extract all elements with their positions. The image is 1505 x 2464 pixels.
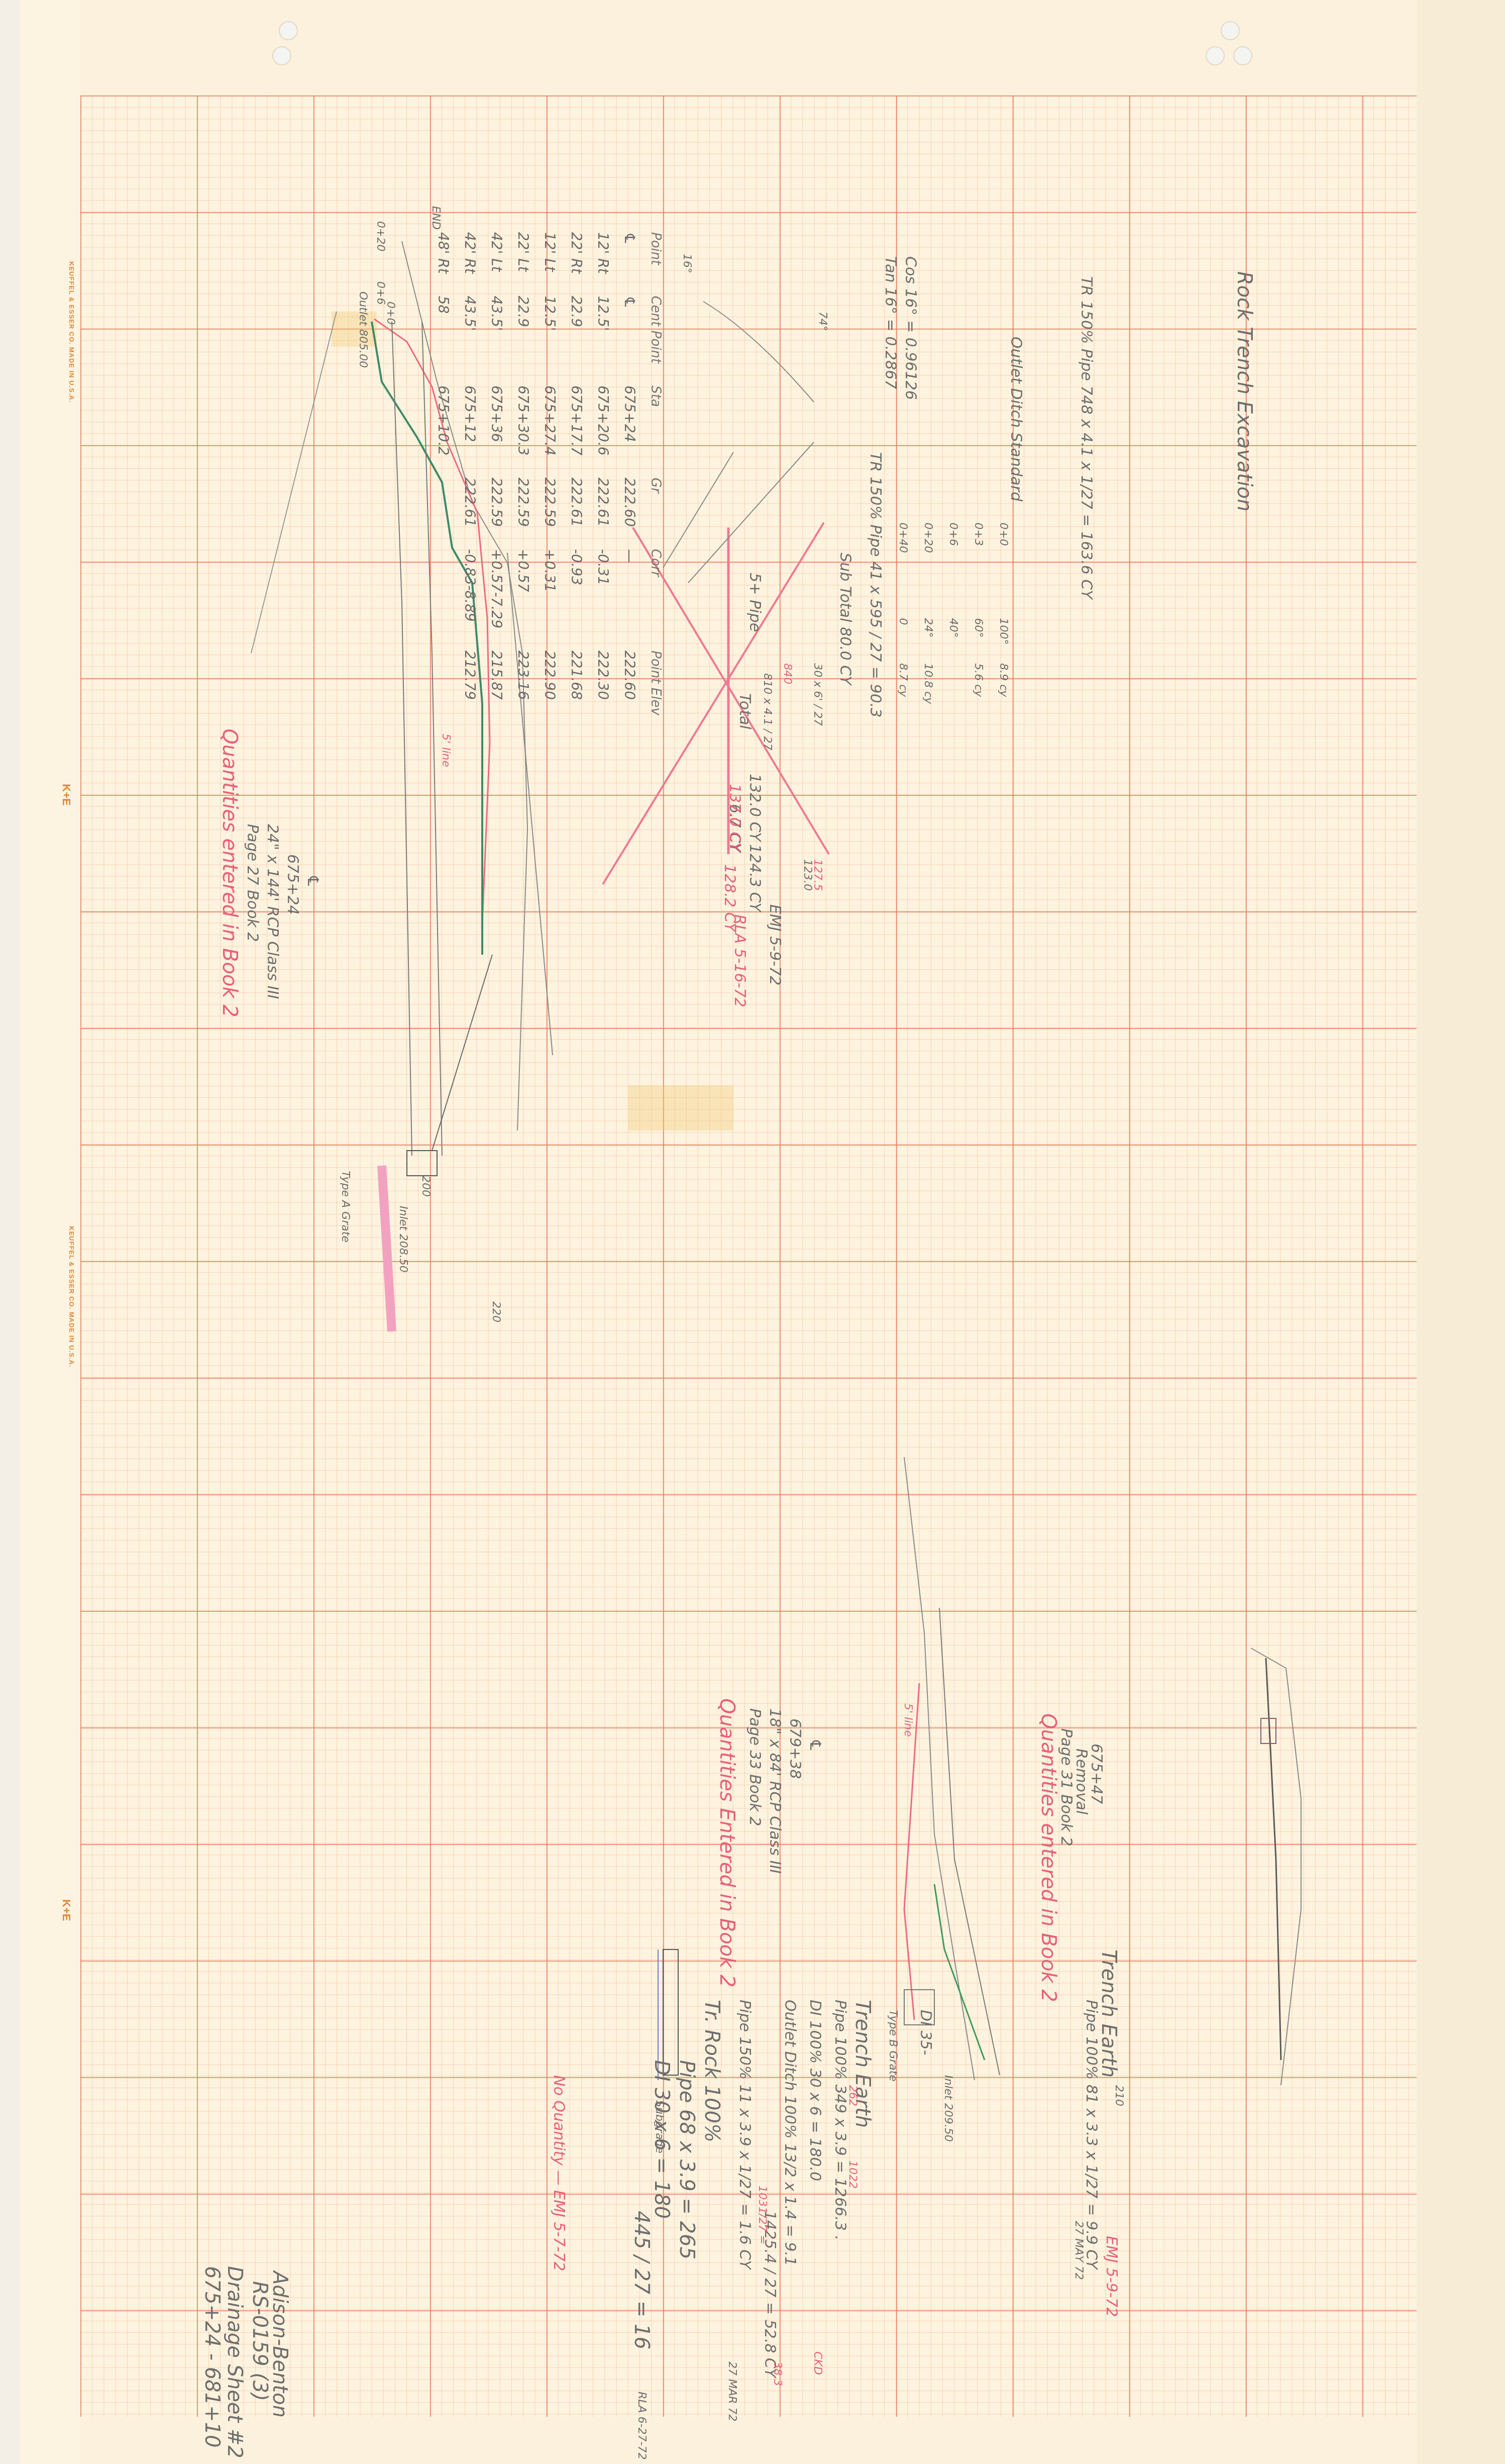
point-elevation-table: Point Cent Point Sta Gr Corr Point Elev … [430, 221, 668, 727]
total-label: Total [736, 693, 754, 729]
inlet-label: Inlet 209.50 [942, 2075, 954, 2142]
cell: 42' Rt [457, 221, 483, 285]
centerline-mark: ℄ [806, 1738, 824, 1752]
col-cent: Cent Point [643, 285, 668, 375]
cell: +0.57-7.29 [483, 538, 510, 639]
cell: 222.60 [616, 467, 643, 538]
cell: 12.5' [536, 285, 563, 375]
station-range: 675+24 - 681+10 [200, 2266, 224, 2447]
col-sta: Sta [643, 374, 668, 466]
col-corr: Corr [643, 538, 668, 639]
cell: 215.87 [483, 640, 510, 727]
trench-line: Pipe 100% 81 x 3.3 x 1/27 = 9.9 CY [1083, 2000, 1100, 2269]
quantity-line: Pipe 100% 349 x 3.9 = 1266.3 . [831, 2000, 849, 2240]
outlet-label: Outlet 805.00 [357, 291, 369, 368]
col-gr: Gr [643, 467, 668, 538]
project-name: Adison-Benton [268, 2271, 291, 2418]
cell: 43.5' [483, 285, 510, 375]
cell: 12' Rt [590, 221, 616, 285]
pipe-note: 24" x 144' RCP Class III [264, 824, 281, 999]
station-note: 675+47 [1088, 1743, 1105, 1804]
station-note: 675+24 [284, 854, 301, 915]
grate-note: Type A Grate [339, 1171, 352, 1243]
cell: +0.31 [536, 538, 563, 639]
sheet-name: Drainage Sheet #2 [223, 2266, 246, 2458]
date-stamp: 27 MAY 72 [1072, 2221, 1085, 2280]
table-row: 42' Lt43.5'675+36222.59+0.57-7.29215.87 [483, 221, 510, 727]
quantity-line: Pipe 150% 11 x 3.9 x 1/27 = 1.6 CY [736, 2000, 754, 2269]
initials: RLA 6-27-72 [635, 2392, 648, 2459]
station-label: 0+0 [384, 301, 397, 325]
page-note: Page 27 Book 2 [244, 824, 261, 942]
initials-red: RLA 5-16-72 [731, 914, 748, 1007]
cell: — [616, 538, 643, 639]
five-line-label: 5' line [440, 734, 452, 767]
table-row: ℄℄675+24222.60—222.60 [616, 221, 643, 727]
cell: ℄ [616, 221, 643, 285]
cell [430, 538, 457, 639]
cell: ℄ [616, 285, 643, 375]
cell: 222.30 [590, 640, 616, 727]
cell: 222.61 [563, 467, 590, 538]
cell: 222.61 [590, 467, 616, 538]
cell: -0.93 [563, 538, 590, 639]
cell: 675+20.6 [590, 374, 616, 466]
cell [430, 640, 457, 727]
removal-note: Removal [1072, 1749, 1090, 1814]
quantity-line: Tr. Rock 100% [700, 2000, 723, 2142]
table-row: 22' Rt22.9675+17.7222.61-0.93221.68 [563, 221, 590, 727]
checker-initials: EMJ 5-9-72 [1103, 2236, 1120, 2317]
elev-200: 200 [419, 1176, 432, 1197]
di-fraction: 30 x 6' / 27 [811, 663, 824, 726]
quantity-line: Pipe 68 x 3.9 = 265 [675, 2060, 698, 2260]
cell: 43.5' [457, 285, 483, 375]
cell: 12' Lt [536, 221, 563, 285]
cell: 675+10.2 [430, 374, 457, 466]
table-row: 12' Lt12.5'675+27.4222.59+0.31222.90 [536, 221, 563, 727]
five-line-label: 5' line [902, 1703, 914, 1737]
cell: 42' Lt [483, 221, 510, 285]
grate-note: Type B Grate [887, 2010, 899, 2082]
page-note: Page 33 Book 2 [746, 1708, 764, 1826]
val-127: 127.5 [811, 859, 824, 891]
quantity-line: Outlet Ditch 100% 13/2 x 1.4 = 9.1 [781, 2000, 799, 2266]
pipe-red: 840 [781, 663, 794, 684]
red-value: 1031/27 = [756, 2186, 769, 2244]
cell: 222.59 [510, 467, 536, 538]
quantity-line: DI 30 x 6 = 180 [650, 2060, 673, 2219]
cell: +0.57 [510, 538, 536, 639]
cell: 212.79 [457, 640, 483, 727]
cell: 675+36 [483, 374, 510, 466]
total-black: 132.0 CY [746, 774, 764, 842]
red-value: 1022 [846, 2161, 859, 2189]
cell: 675+27.4 [536, 374, 563, 466]
pipe-note: 18" x 84' RCP Class III [766, 1708, 784, 1874]
job-number: RS-0159 (3) [248, 2281, 271, 2401]
page-note: Page 31 Book 2 [1057, 1728, 1075, 1846]
pipe-fraction: 810 x 4.1 / 27 [761, 673, 774, 750]
cell: 12.5' [590, 285, 616, 375]
cell: 222.60 [616, 640, 643, 727]
cell: 22.9 [510, 285, 536, 375]
cell: 222.61 [457, 467, 483, 538]
quantities-title: Trench Earth [851, 2000, 874, 2128]
elev-220: 220 [490, 1301, 502, 1322]
di-note: DI 35- [917, 2010, 934, 2055]
cell: 675+24 [616, 374, 643, 466]
total-red: 137.0 CY [726, 784, 743, 852]
cell: 222.59 [483, 467, 510, 538]
station-note: 679+38 [786, 1718, 804, 1779]
cell: 58 [430, 285, 457, 375]
col-point: Point [643, 221, 668, 285]
entered-note: Quantities Entered in Book 2 [715, 1698, 738, 1987]
station-label: 0+20 [374, 221, 387, 251]
sub-black: 124.3 CY [746, 844, 764, 912]
cell: 22' Lt [510, 221, 536, 285]
red-value: 38.3 [771, 2362, 784, 2386]
quantity-line: DI 100% 30 x 6 = 180.0 [806, 2000, 824, 2181]
cell: -0.31 [590, 538, 616, 639]
cell: 222.59 [536, 467, 563, 538]
no-quantity-note: No Quantity — EMJ 5-7-72 [550, 2075, 568, 2271]
inlet-label: Inlet 208.50 [397, 1206, 409, 1273]
cell: 675+12 [457, 374, 483, 466]
table-row: 42' Rt43.5'675+12222.61-0.83-8.89212.79 [457, 221, 483, 727]
cell [430, 467, 457, 538]
cell: 675+17.7 [563, 374, 590, 466]
table-header: Point Cent Point Sta Gr Corr Point Elev [643, 221, 668, 727]
centerline-mark: ℄ [304, 874, 321, 888]
table-row: 22' Lt22.9675+30.3222.59+0.57223.16 [510, 221, 536, 727]
cell: 22' Rt [563, 221, 590, 285]
table-row: 12' Rt12.5'675+20.6222.61-0.31222.30 [590, 221, 616, 727]
entered-note: Quantities entered in Book 2 [1037, 1713, 1060, 2002]
trench-title: Trench Earth [1097, 1949, 1120, 2078]
cell: -0.83-8.89 [457, 538, 483, 639]
cell: 675+30.3 [510, 374, 536, 466]
cell: 48' Rt [430, 221, 457, 285]
ckd-note: CKD [811, 2351, 824, 2375]
cell: 22.9 [563, 285, 590, 375]
col-elev: Point Elev [643, 640, 668, 727]
date-stamp: 27 MAR 72 [726, 2362, 738, 2421]
initials-black: EMJ 5-9-72 [766, 904, 784, 985]
elev-210: 210 [1113, 2085, 1125, 2106]
end-label: END [429, 206, 442, 230]
quantity-line: 445 / 27 = 16 [630, 2211, 653, 2349]
cell: 221.68 [563, 640, 590, 727]
entered-note: Quantities entered in Book 2 [218, 729, 241, 1017]
cell: 222.90 [536, 640, 563, 727]
table-row: 48' Rt58675+10.2 [430, 221, 457, 727]
pipe-label: 5+ Pipe [746, 573, 764, 632]
cell: 223.16 [510, 640, 536, 727]
red-value: 262 [846, 2085, 859, 2106]
